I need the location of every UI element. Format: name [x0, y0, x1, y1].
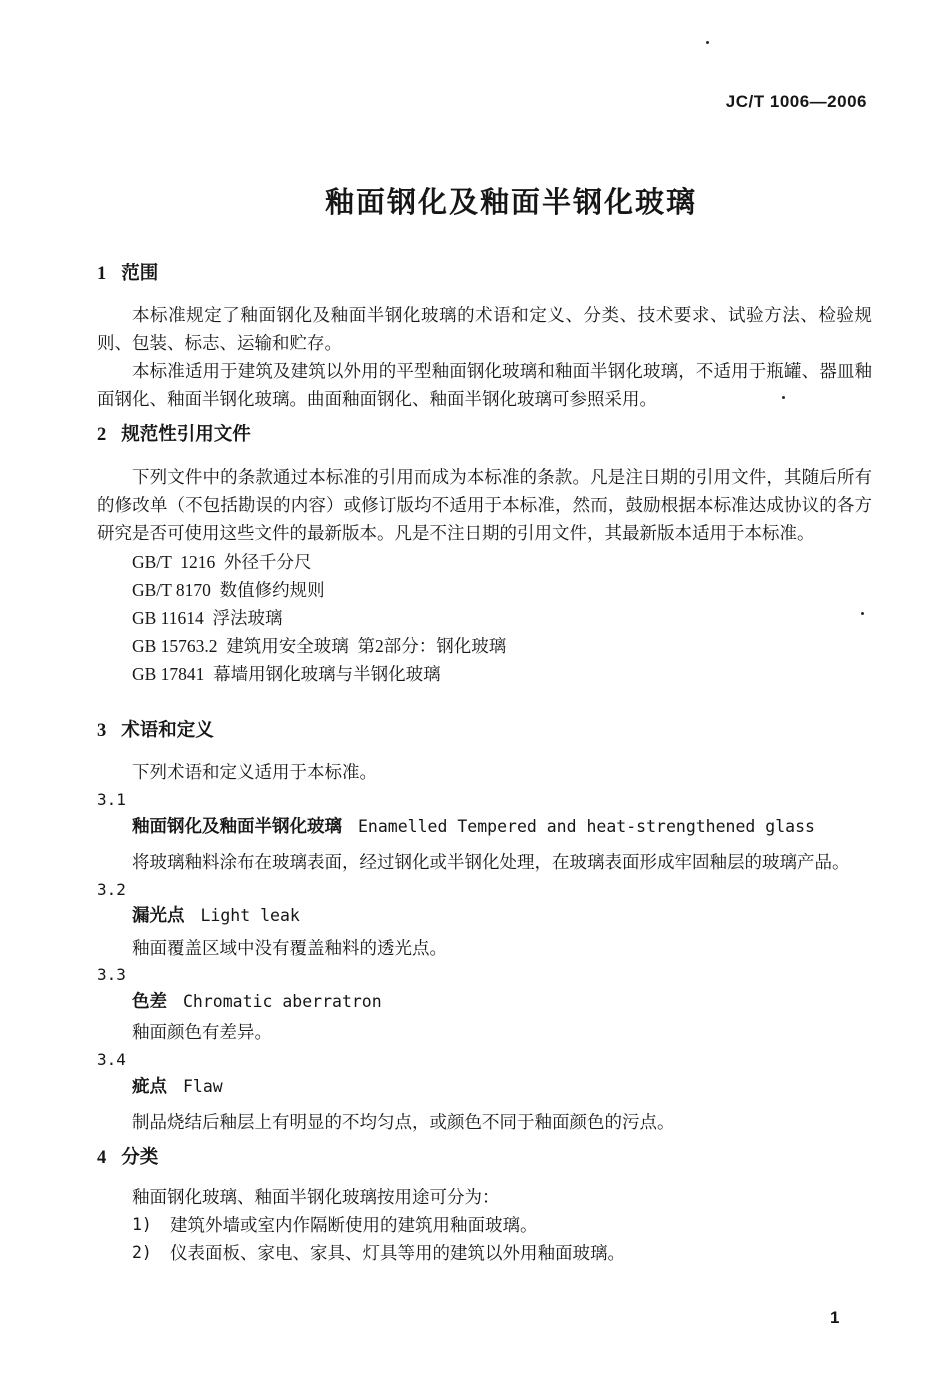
term-line: 疵点Flaw — [132, 1072, 223, 1102]
term-line: 色差Chromatic aberratron — [132, 987, 382, 1017]
term-line: 漏光点Light leak — [132, 901, 300, 931]
term-definition: 将玻璃釉料涂布在玻璃表面，经过钢化或半钢化处理，在玻璃表面形成牢固釉层的玻璃产品… — [132, 848, 850, 876]
term-number: 3.1 — [97, 786, 126, 814]
term-name-zh: 疵点 — [132, 1076, 167, 1096]
document-title: 釉面钢化及釉面半钢化玻璃 — [0, 180, 950, 221]
term-name-en: Light leak — [201, 906, 300, 925]
section-1-heading: 1 范围 — [97, 260, 158, 288]
section-3-heading: 3 术语和定义 — [97, 717, 214, 745]
section-title: 分类 — [121, 1144, 158, 1172]
page-number: 1 — [830, 1308, 839, 1328]
term-name-zh: 釉面钢化及釉面半钢化玻璃 — [132, 816, 342, 836]
term-name-en: Chromatic aberratron — [183, 992, 382, 1011]
section-number: 3 — [97, 717, 106, 745]
term-name-en: Enamelled Tempered and heat-strengthened… — [358, 817, 815, 836]
section-intro: 釉面钢化玻璃、釉面半钢化玻璃按用途可分为： — [132, 1183, 500, 1211]
reference-item: GB/T 8170 数值修约规则 — [132, 576, 325, 604]
term-definition: 釉面覆盖区域中没有覆盖釉料的透光点。 — [132, 934, 447, 962]
reference-item: GB 17841 幕墙用钢化玻璃与半钢化玻璃 — [132, 660, 441, 688]
section-title: 规范性引用文件 — [121, 421, 251, 449]
list-item: 2) 仪表面板、家电、家具、灯具等用的建筑以外用釉面玻璃。 — [132, 1239, 625, 1267]
section-number: 2 — [97, 421, 106, 449]
section-number: 1 — [97, 260, 106, 288]
term-name-zh: 漏光点 — [132, 905, 185, 925]
term-definition: 釉面颜色有差异。 — [132, 1018, 272, 1046]
list-item-label: 2) — [132, 1239, 170, 1267]
list-item-label: 1) — [132, 1211, 170, 1239]
term-number: 3.4 — [97, 1046, 126, 1074]
section-4-heading: 4 分类 — [97, 1144, 158, 1172]
scan-speck — [861, 612, 864, 615]
section-title: 术语和定义 — [121, 717, 214, 745]
section-title: 范围 — [121, 260, 158, 288]
term-number: 3.3 — [97, 961, 126, 989]
scan-speck — [706, 41, 709, 44]
list-item-text: 建筑外墙或室内作隔断使用的建筑用釉面玻璃。 — [170, 1211, 538, 1239]
term-name-en: Flaw — [183, 1077, 223, 1096]
paragraph: 本标准适用于建筑及建筑以外用的平型釉面钢化玻璃和釉面半钢化玻璃，不适用于瓶罐、器… — [97, 357, 872, 413]
paragraph: 下列文件中的条款通过本标准的引用而成为本标准的条款。凡是注日期的引用文件，其随后… — [97, 463, 872, 547]
term-name-zh: 色差 — [132, 991, 167, 1011]
term-definition: 制品烧结后釉层上有明显的不均匀点，或颜色不同于釉面颜色的污点。 — [132, 1108, 675, 1136]
paragraph: 本标准规定了釉面钢化及釉面半钢化玻璃的术语和定义、分类、技术要求、试验方法、检验… — [97, 301, 872, 357]
section-number: 4 — [97, 1144, 106, 1172]
term-line: 釉面钢化及釉面半钢化玻璃Enamelled Tempered and heat-… — [132, 812, 815, 842]
reference-item: GB 15763.2 建筑用安全玻璃 第2部分：钢化玻璃 — [132, 632, 506, 660]
list-item: 1) 建筑外墙或室内作隔断使用的建筑用釉面玻璃。 — [132, 1211, 538, 1239]
list-item-text: 仪表面板、家电、家具、灯具等用的建筑以外用釉面玻璃。 — [170, 1239, 625, 1267]
reference-item: GB 11614 浮法玻璃 — [132, 604, 283, 632]
reference-item: GB/T 1216 外径千分尺 — [132, 548, 312, 576]
section-2-heading: 2 规范性引用文件 — [97, 421, 251, 449]
document-page: JC/T 1006—2006 釉面钢化及釉面半钢化玻璃 1 范围 本标准规定了釉… — [0, 0, 950, 1397]
section-intro: 下列术语和定义适用于本标准。 — [132, 758, 377, 786]
standard-code: JC/T 1006—2006 — [726, 92, 867, 112]
term-number: 3.2 — [97, 876, 126, 904]
